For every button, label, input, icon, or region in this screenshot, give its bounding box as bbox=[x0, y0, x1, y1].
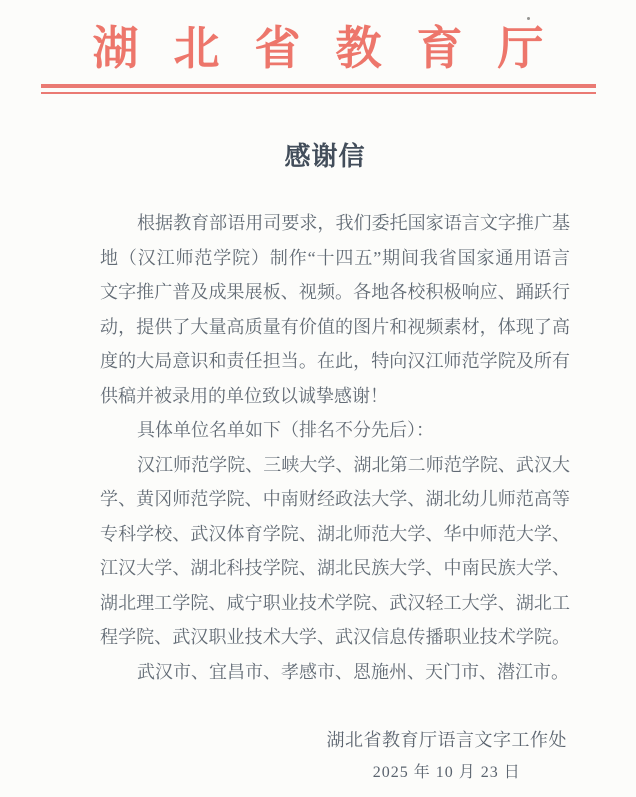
letterhead-double-rule bbox=[41, 84, 596, 94]
body-text-line: 动，提供了大量高质量有价值的图片和视频素材，体现了高 bbox=[100, 310, 570, 345]
signature-date: 2025 年 10 月 23 日 bbox=[327, 755, 568, 790]
body-text-line: 根据教育部语用司要求，我们委托国家语言文字推广基 bbox=[100, 206, 570, 241]
body-text-line: 程学院、武汉职业技术大学、武汉信息传播职业技术学院。 bbox=[100, 620, 570, 655]
body-text-line: 专科学校、武汉体育学院、湖北师范大学、华中师范大学、 bbox=[100, 517, 570, 552]
scanned-letter-page: 湖北省教育厅 感谢信 根据教育部语用司要求，我们委托国家语言文字推广基 地（汉江… bbox=[0, 0, 636, 797]
body-text-line: 汉江师范学院、三峡大学、湖北第二师范学院、武汉大 bbox=[100, 448, 570, 483]
letter-body: 根据教育部语用司要求，我们委托国家语言文字推广基 地（汉江师范学院）制作“十四五… bbox=[100, 206, 570, 689]
rule-thick-line bbox=[41, 84, 596, 88]
body-text-line: 学、黄冈师范学院、中南财经政法大学、湖北幼儿师范高等 bbox=[100, 482, 570, 517]
body-text-line: 武汉市、宜昌市、孝感市、恩施州、天门市、潜江市。 bbox=[100, 655, 570, 690]
body-text-line: 湖北理工学院、咸宁职业技术学院、武汉轻工大学、湖北工 bbox=[100, 586, 570, 621]
signature-block: 湖北省教育厅语言文字工作处 2025 年 10 月 23 日 bbox=[327, 725, 568, 790]
body-text-line: 文字推广普及成果展板、视频。各地各校积极响应、踊跃行 bbox=[100, 275, 570, 310]
letterhead-org-name: 湖北省教育厅 bbox=[0, 26, 636, 72]
letterhead: 湖北省教育厅 bbox=[0, 0, 636, 94]
scan-artifact-speck bbox=[527, 17, 530, 20]
body-text-line: 江汉大学、湖北科技学院、湖北民族大学、中南民族大学、 bbox=[100, 551, 570, 586]
body-text-line: 地（汉江师范学院）制作“十四五”期间我省国家通用语言 bbox=[100, 241, 570, 276]
body-text-line: 度的大局意识和责任担当。在此，特向汉江师范学院及所有 bbox=[100, 344, 570, 379]
body-text-line: 供稿并被录用的单位致以诚挚感谢！ bbox=[100, 379, 570, 414]
body-text-line: 具体单位名单如下（排名不分先后）： bbox=[100, 413, 570, 448]
signature-org: 湖北省教育厅语言文字工作处 bbox=[327, 725, 568, 755]
letter-title: 感谢信 bbox=[0, 144, 636, 170]
rule-thin-line bbox=[41, 92, 596, 94]
